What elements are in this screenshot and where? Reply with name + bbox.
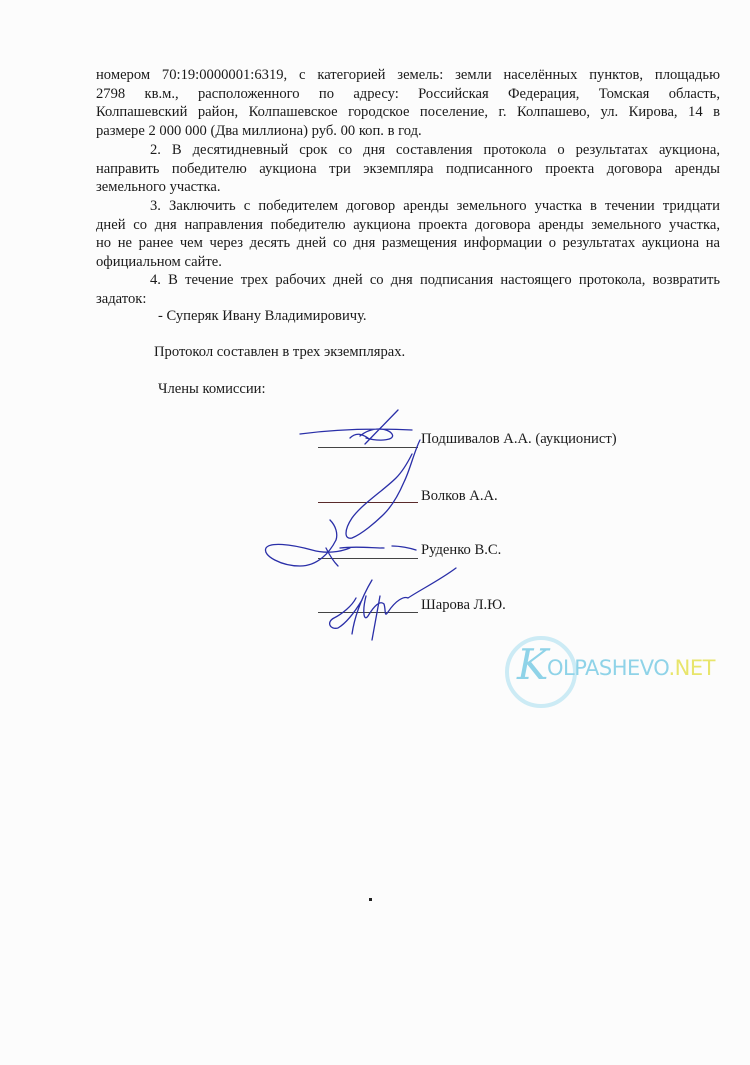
commission-heading: Члены комиссии:: [158, 381, 266, 398]
signature-rudenko: [265, 520, 416, 566]
scanned-page: номером 70:19:0000001:6319, с категорией…: [0, 0, 750, 1065]
signature-line: [318, 612, 418, 613]
text-line: официальном сайте.: [96, 253, 720, 272]
copies-note: Протокол составлен в трех экземплярах.: [154, 344, 405, 361]
signature-volkov: [346, 440, 420, 538]
text-line: земельного участка.: [96, 178, 720, 197]
deposit-recipient: - Суперяк Ивану Владимировичу.: [158, 308, 367, 325]
text-line: 4. В течение трех рабочих дней со дня по…: [96, 271, 720, 290]
text-line: 2798 кв.м., расположенного по адресу: Ро…: [96, 85, 720, 104]
text-line: направить победителю аукциона три экземп…: [96, 160, 720, 179]
text-line: задаток:: [96, 290, 720, 309]
paragraph-land-plot: номером 70:19:0000001:6319, с категорией…: [96, 66, 720, 140]
signature-line: [318, 502, 418, 503]
signatory-name: Подшивалов А.А. (аукционист): [421, 431, 617, 448]
paragraph-item-3: 3. Заключить с победителем договор аренд…: [96, 197, 720, 271]
watermark-word: OLPASHEVO: [547, 656, 668, 680]
text-line: номером 70:19:0000001:6319, с категорией…: [96, 66, 720, 85]
text-line: дней со дня направления победителю аукци…: [96, 216, 720, 235]
scan-speck: [369, 898, 372, 901]
signatory-name: Руденко В.С.: [421, 542, 501, 559]
signatory-name: Шарова Л.Ю.: [421, 597, 506, 614]
text-line: 3. Заключить с победителем договор аренд…: [96, 197, 720, 216]
signature-podshivalov: [300, 410, 412, 444]
signatory-name: Волков А.А.: [421, 488, 498, 505]
paragraph-item-4: 4. В течение трех рабочих дней со дня по…: [96, 271, 720, 308]
signature-line: [318, 558, 418, 559]
watermark-text: OLPASHEVO.NET: [547, 656, 715, 680]
paragraph-item-2: 2. В десятидневный срок со дня составлен…: [96, 141, 720, 197]
text-line: 2. В десятидневный срок со дня составлен…: [96, 141, 720, 160]
watermark-suffix: .NET: [668, 656, 714, 680]
watermark-logo: K OLPASHEVO.NET: [505, 636, 735, 706]
text-line: но не ранее чем через десять дней со дня…: [96, 234, 720, 253]
signature-line: [318, 447, 418, 448]
watermark-initial: K: [517, 640, 548, 689]
text-line: размере 2 000 000 (Два миллиона) руб. 00…: [96, 122, 720, 141]
text-line: Колпашевский район, Колпашевское городск…: [96, 103, 720, 122]
